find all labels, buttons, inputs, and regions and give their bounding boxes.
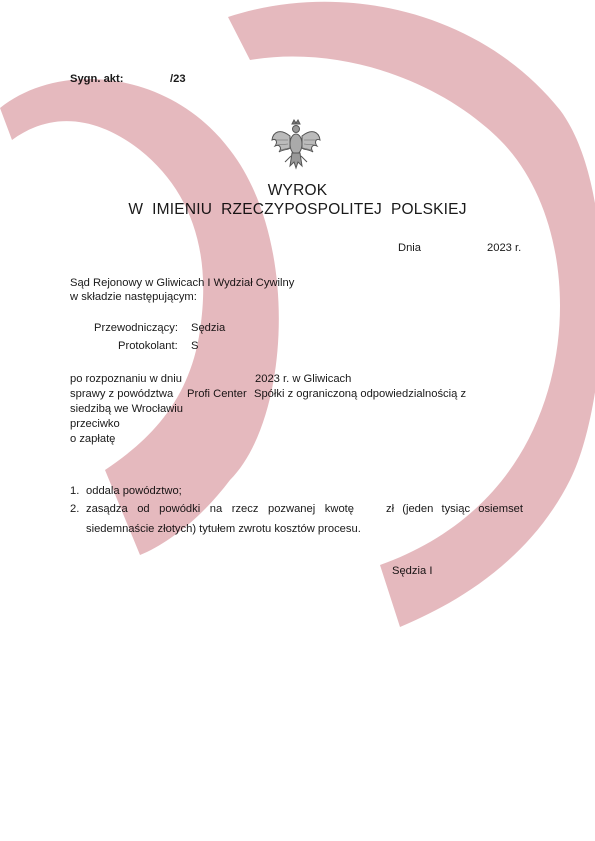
ruling-2-number: 2. [70, 502, 79, 516]
case-signature-value: /23 [170, 72, 186, 86]
ruling-2-text-line-1: zasądza od powódki na rzecz pozwanej kwo… [86, 502, 354, 516]
document-page: Sygn. akt: /23 WYROK W IMIENIU RZECZYPOS… [0, 0, 595, 841]
hearing-line-start: po rozpoznaniu w dniu [70, 372, 182, 386]
date-value: 2023 r. [487, 241, 521, 255]
case-line-1-start: sprawy z powództwa [70, 387, 173, 401]
plaintiff-name: Profi Center [187, 387, 247, 401]
case-line-2: siedzibą we Wrocławiu [70, 402, 183, 416]
judge-signature: Sędzia I [392, 564, 432, 578]
hearing-line-end: 2023 r. w Gliwicach [255, 372, 351, 386]
presiding-label: Przewodniczący: [94, 321, 178, 335]
clerk-label: Protokolant: [118, 339, 178, 353]
presiding-value: Sędzia [191, 321, 225, 335]
ruling-1-text: oddala powództwo; [86, 484, 182, 498]
case-line-1-end: Spółki z ograniczoną odpowiedzialnością … [254, 387, 466, 401]
court-line: Sąd Rejonowy w Gliwicach I Wydział Cywil… [70, 276, 294, 290]
composition-line: w składzie następującym: [70, 290, 197, 304]
date-label: Dnia [398, 241, 421, 255]
ruling-2-text-line-2: siedemnaście złotych) tytułem zwrotu kos… [86, 522, 361, 536]
ruling-2-text-line-1-end: zł (jeden tysiąc osiemset [386, 502, 523, 516]
polish-eagle-emblem-icon [270, 118, 322, 176]
case-line-3: przeciwko [70, 417, 120, 431]
ruling-1-number: 1. [70, 484, 79, 498]
case-signature-label: Sygn. akt: [70, 72, 123, 86]
judgment-subtitle: W IMIENIU RZECZYPOSPOLITEJ POLSKIEJ [0, 201, 595, 219]
clerk-value: S [191, 339, 198, 353]
judgment-title: WYROK [0, 182, 595, 200]
case-line-4: o zapłatę [70, 432, 115, 446]
